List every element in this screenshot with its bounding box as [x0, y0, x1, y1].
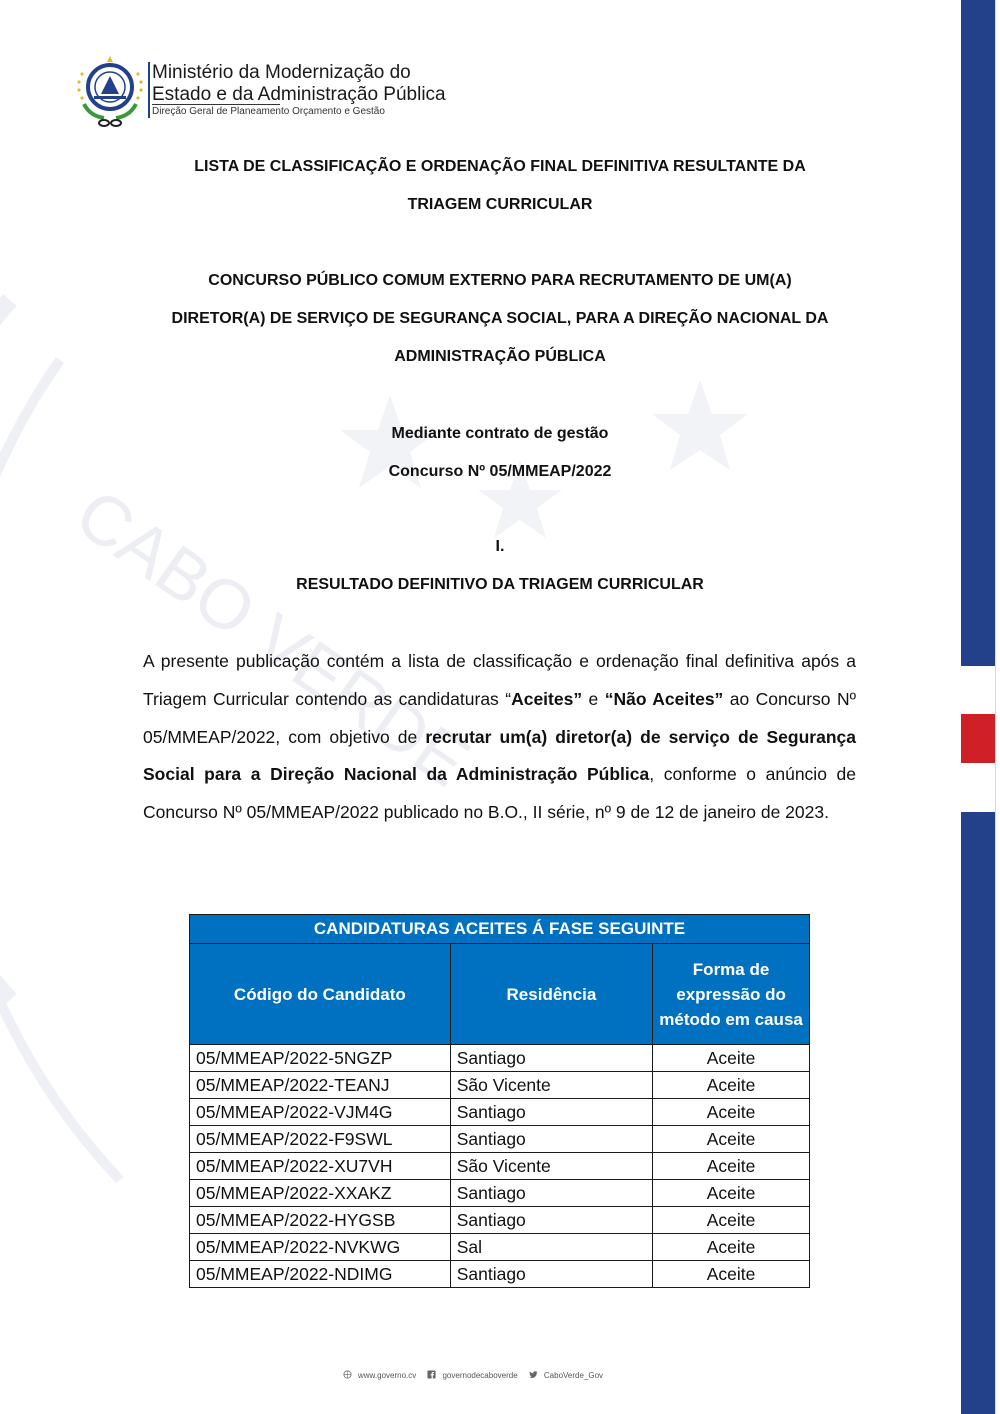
cell-residence: Santiago: [450, 1261, 652, 1288]
table-row: 05/MMEAP/2022-HYGSBSantiagoAceite: [190, 1207, 810, 1234]
table-body: 05/MMEAP/2022-5NGZPSantiagoAceite05/MMEA…: [190, 1045, 810, 1288]
table-row: 05/MMEAP/2022-VJM4GSantiagoAceite: [190, 1099, 810, 1126]
table-row: 05/MMEAP/2022-TEANJSão VicenteAceite: [190, 1072, 810, 1099]
letterhead-divider: [148, 62, 150, 118]
coat-of-arms-icon: [70, 52, 150, 132]
globe-icon: [343, 1370, 352, 1379]
intro-paragraph: A presente publicação contém a lista de …: [143, 643, 856, 832]
paragraph-text: e: [582, 689, 605, 709]
footer-twitter-text: CaboVerde_Gov: [544, 1371, 603, 1380]
cell-status: Aceite: [653, 1207, 810, 1234]
paragraph-bold-nao-aceites: “Não Aceites”: [605, 689, 724, 709]
concurso-title-line2: DIRETOR(A) DE SERVIÇO DE SEGURANÇA SOCIA…: [120, 300, 880, 338]
footer-facebook[interactable]: governodecaboverde: [427, 1371, 520, 1380]
cell-status: Aceite: [653, 1045, 810, 1072]
concurso-number: Concurso Nº 05/MMEAP/2022: [120, 453, 880, 491]
page-edge: [995, 0, 996, 1414]
cell-candidate-code: 05/MMEAP/2022-NVKWG: [190, 1234, 451, 1261]
footer-twitter[interactable]: CaboVerde_Gov: [529, 1371, 606, 1380]
directorate-name: Direção Geral de Planeamento Orçamento e…: [152, 106, 385, 117]
footer-website-text: www.governo.cv: [358, 1371, 416, 1380]
column-header-status: Forma de expressão do método em causa: [653, 944, 810, 1045]
letterhead-rule: [152, 104, 280, 105]
flag-stripe-red: [961, 714, 995, 763]
concurso-title: CONCURSO PÚBLICO COMUM EXTERNO PARA RECR…: [120, 262, 880, 376]
cell-residence: Santiago: [450, 1180, 652, 1207]
contract-type: Mediante contrato de gestão: [120, 415, 880, 453]
ministry-name-line1: Ministério da Modernização do: [152, 62, 446, 84]
table-row: 05/MMEAP/2022-NVKWGSalAceite: [190, 1234, 810, 1261]
cell-residence: São Vicente: [450, 1153, 652, 1180]
table-caption: CANDIDATURAS ACEITES Á FASE SEGUINTE: [190, 915, 810, 944]
flag-stripe-blue-top: [961, 0, 995, 666]
cell-candidate-code: 05/MMEAP/2022-NDIMG: [190, 1261, 451, 1288]
cell-status: Aceite: [653, 1234, 810, 1261]
section-number: I.: [120, 528, 880, 566]
table-row: 05/MMEAP/2022-5NGZPSantiagoAceite: [190, 1045, 810, 1072]
cell-candidate-code: 05/MMEAP/2022-VJM4G: [190, 1099, 451, 1126]
facebook-icon: [427, 1370, 436, 1379]
section-title: RESULTADO DEFINITIVO DA TRIAGEM CURRICUL…: [120, 566, 880, 604]
cell-candidate-code: 05/MMEAP/2022-HYGSB: [190, 1207, 451, 1234]
cell-candidate-code: 05/MMEAP/2022-TEANJ: [190, 1072, 451, 1099]
cell-status: Aceite: [653, 1261, 810, 1288]
cell-residence: Santiago: [450, 1099, 652, 1126]
cell-residence: Santiago: [450, 1045, 652, 1072]
document-title: LISTA DE CLASSIFICAÇÃO E ORDENAÇÃO FINAL…: [120, 148, 880, 224]
cell-residence: Santiago: [450, 1126, 652, 1153]
cell-status: Aceite: [653, 1180, 810, 1207]
cell-candidate-code: 05/MMEAP/2022-F9SWL: [190, 1126, 451, 1153]
cell-residence: Sal: [450, 1234, 652, 1261]
column-header-code: Código do Candidato: [190, 944, 451, 1045]
table-row: 05/MMEAP/2022-XU7VHSão VicenteAceite: [190, 1153, 810, 1180]
table-row: 05/MMEAP/2022-F9SWLSantiagoAceite: [190, 1126, 810, 1153]
cell-status: Aceite: [653, 1126, 810, 1153]
ministry-name: Ministério da Modernização do Estado e d…: [152, 62, 446, 106]
cell-candidate-code: 05/MMEAP/2022-XU7VH: [190, 1153, 451, 1180]
concurso-title-line3: ADMINISTRAÇÃO PÚBLICA: [120, 338, 880, 376]
cell-status: Aceite: [653, 1099, 810, 1126]
table-row: 05/MMEAP/2022-XXAKZSantiagoAceite: [190, 1180, 810, 1207]
footer-website[interactable]: www.governo.cv: [343, 1371, 419, 1380]
table-row: 05/MMEAP/2022-NDIMGSantiagoAceite: [190, 1261, 810, 1288]
cell-residence: São Vicente: [450, 1072, 652, 1099]
ministry-name-line2: Estado e da Administração Pública: [152, 84, 446, 106]
document-title-line1: LISTA DE CLASSIFICAÇÃO E ORDENAÇÃO FINAL…: [120, 148, 880, 186]
column-header-residence: Residência: [450, 944, 652, 1045]
paragraph-bold-aceites: Aceites”: [511, 689, 582, 709]
cell-status: Aceite: [653, 1072, 810, 1099]
cell-candidate-code: 05/MMEAP/2022-XXAKZ: [190, 1180, 451, 1207]
cell-candidate-code: 05/MMEAP/2022-5NGZP: [190, 1045, 451, 1072]
cell-status: Aceite: [653, 1153, 810, 1180]
footer-contacts: www.governo.cv governodecaboverde CaboVe…: [340, 1370, 600, 1380]
footer-facebook-text: governodecaboverde: [442, 1371, 517, 1380]
concurso-title-line1: CONCURSO PÚBLICO COMUM EXTERNO PARA RECR…: [120, 262, 880, 300]
document-title-line2: TRIAGEM CURRICULAR: [120, 186, 880, 224]
cell-residence: Santiago: [450, 1207, 652, 1234]
accepted-candidates-table: CANDIDATURAS ACEITES Á FASE SEGUINTE Cód…: [189, 914, 810, 1288]
contract-info: Mediante contrato de gestão Concurso Nº …: [120, 415, 880, 491]
twitter-icon: [529, 1370, 538, 1379]
flag-stripe-blue-bottom: [961, 812, 995, 1414]
